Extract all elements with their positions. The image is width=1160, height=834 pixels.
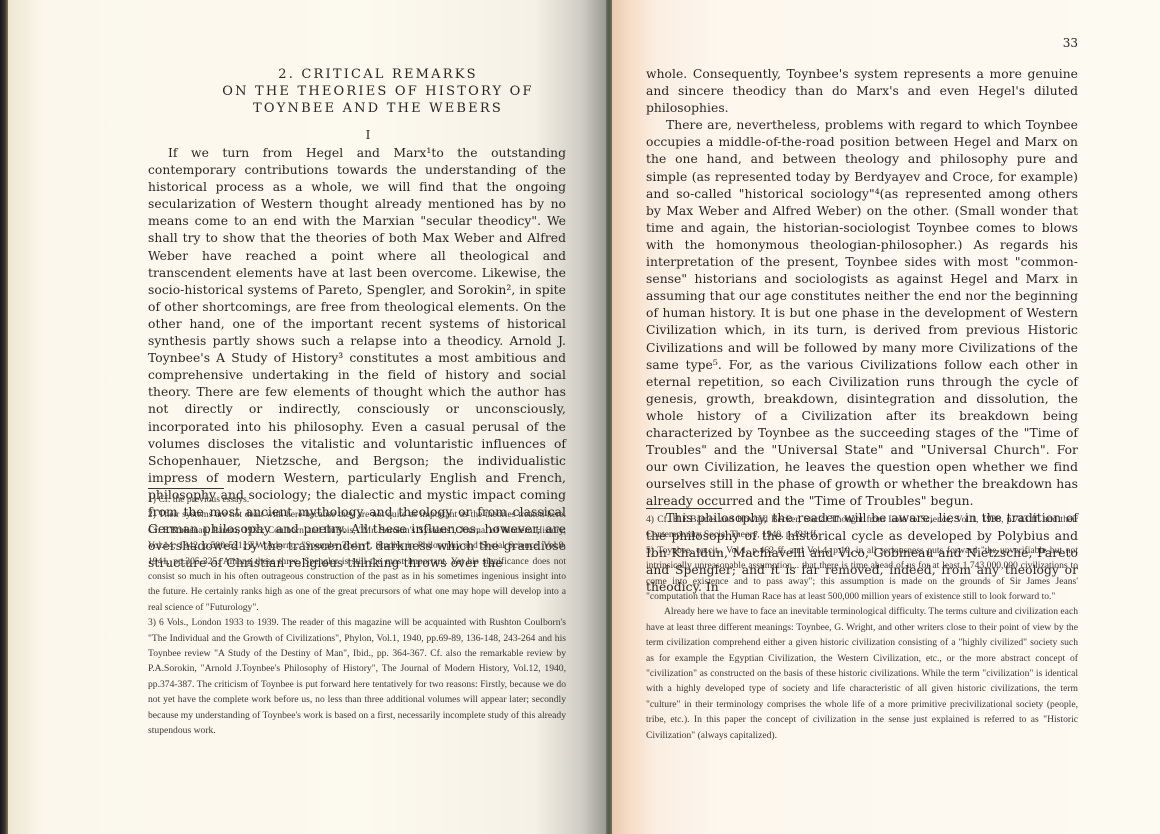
- title-line-1: 2. CRITICAL REMARKS: [168, 66, 588, 83]
- left-footnotes: 1) Cf. the previous essays. 2) Their sys…: [148, 492, 566, 739]
- page-number: 33: [1063, 36, 1078, 50]
- title-line-3: TOYNBEE AND THE WEBERS: [168, 100, 588, 117]
- right-page: 33 whole. Consequently, Toynbee's system…: [612, 0, 1160, 834]
- left-page: 2. CRITICAL REMARKS ON THE THEORIES OF H…: [8, 0, 606, 834]
- chapter-title: 2. CRITICAL REMARKS ON THE THEORIES OF H…: [168, 66, 588, 117]
- footnote-4: 4) Cf. H.E.Barnes and Howard Becker, Soc…: [646, 512, 1078, 543]
- footnote-5: 5) Toynbee, op.cit., Vol.1, p.462 ff. an…: [646, 543, 1078, 605]
- footnote-2: 2) Their systems are not dealt with here…: [148, 507, 566, 615]
- section-number: I: [158, 128, 578, 142]
- footnote-3: 3) 6 Vols., London 1933 to 1939. The rea…: [148, 615, 566, 738]
- right-paragraph-2: There are, nevertheless, problems with r…: [646, 117, 1078, 510]
- right-footnotes: 4) Cf. H.E.Barnes and Howard Becker, Soc…: [646, 512, 1078, 743]
- footnote-rule-right: [646, 508, 722, 509]
- footnote-rule-left: [148, 488, 224, 489]
- right-paragraph-1: whole. Consequently, Toynbee's system re…: [646, 66, 1078, 117]
- footnote-terminology-note: Already here we have to face an inevitab…: [646, 604, 1078, 743]
- book-spread: 2. CRITICAL REMARKS ON THE THEORIES OF H…: [0, 0, 1160, 834]
- book-edge-left: [0, 0, 8, 834]
- title-line-2: ON THE THEORIES OF HISTORY OF: [168, 83, 588, 100]
- footnote-1: 1) Cf. the previous essays.: [148, 492, 566, 507]
